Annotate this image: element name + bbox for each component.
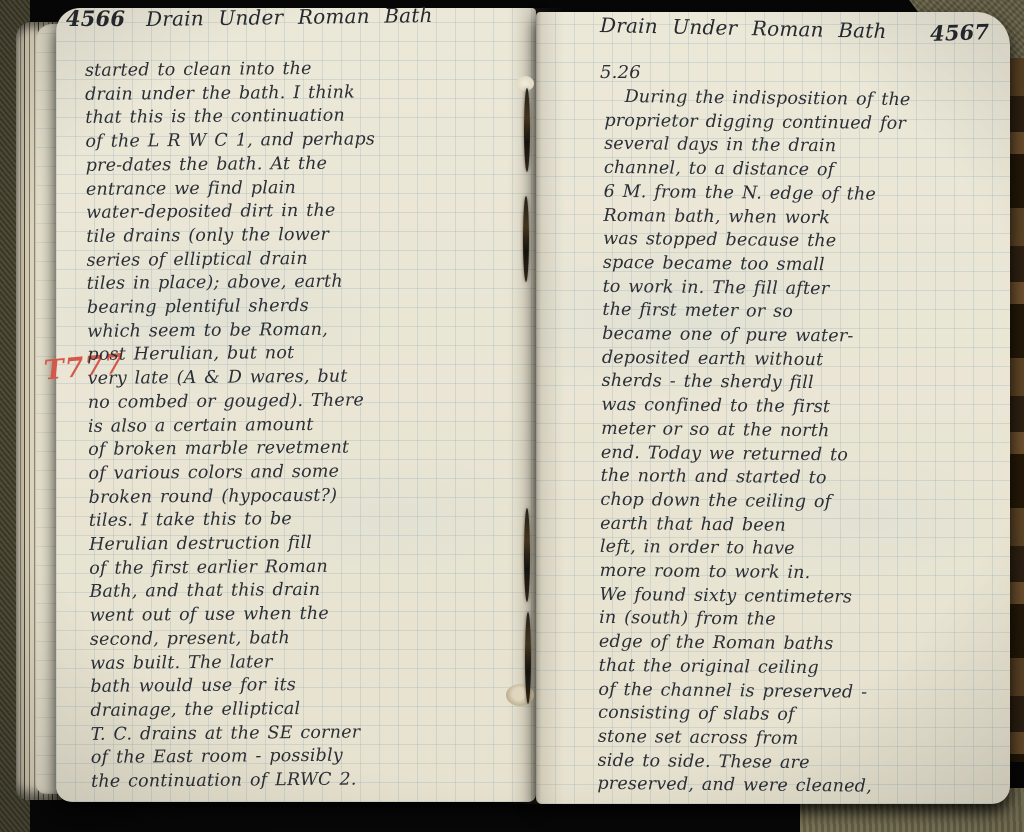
- binding-thread-end: [516, 76, 534, 91]
- notebook-photo: 4566 Drain Under Roman Bath Drain Under …: [0, 0, 1024, 832]
- right-page-number: 4567: [930, 19, 990, 46]
- entry-date: 5.26: [600, 62, 641, 83]
- binding-stitch: [523, 196, 529, 282]
- handwriting-line: the continuation of LRWC 2.: [91, 767, 521, 794]
- left-page-text: started to clean into thedrain under the…: [85, 56, 521, 795]
- left-page-number: 4566: [66, 6, 125, 31]
- left-page-title: Drain Under Roman Bath: [146, 3, 433, 31]
- binding-stitch: [524, 508, 530, 602]
- handwriting-line: preserved, and were cleaned,: [597, 773, 1012, 801]
- right-page-text: During the indisposition of theproprieto…: [597, 86, 1019, 801]
- binding-stitch: [525, 612, 531, 704]
- binding-stitch: [524, 88, 530, 172]
